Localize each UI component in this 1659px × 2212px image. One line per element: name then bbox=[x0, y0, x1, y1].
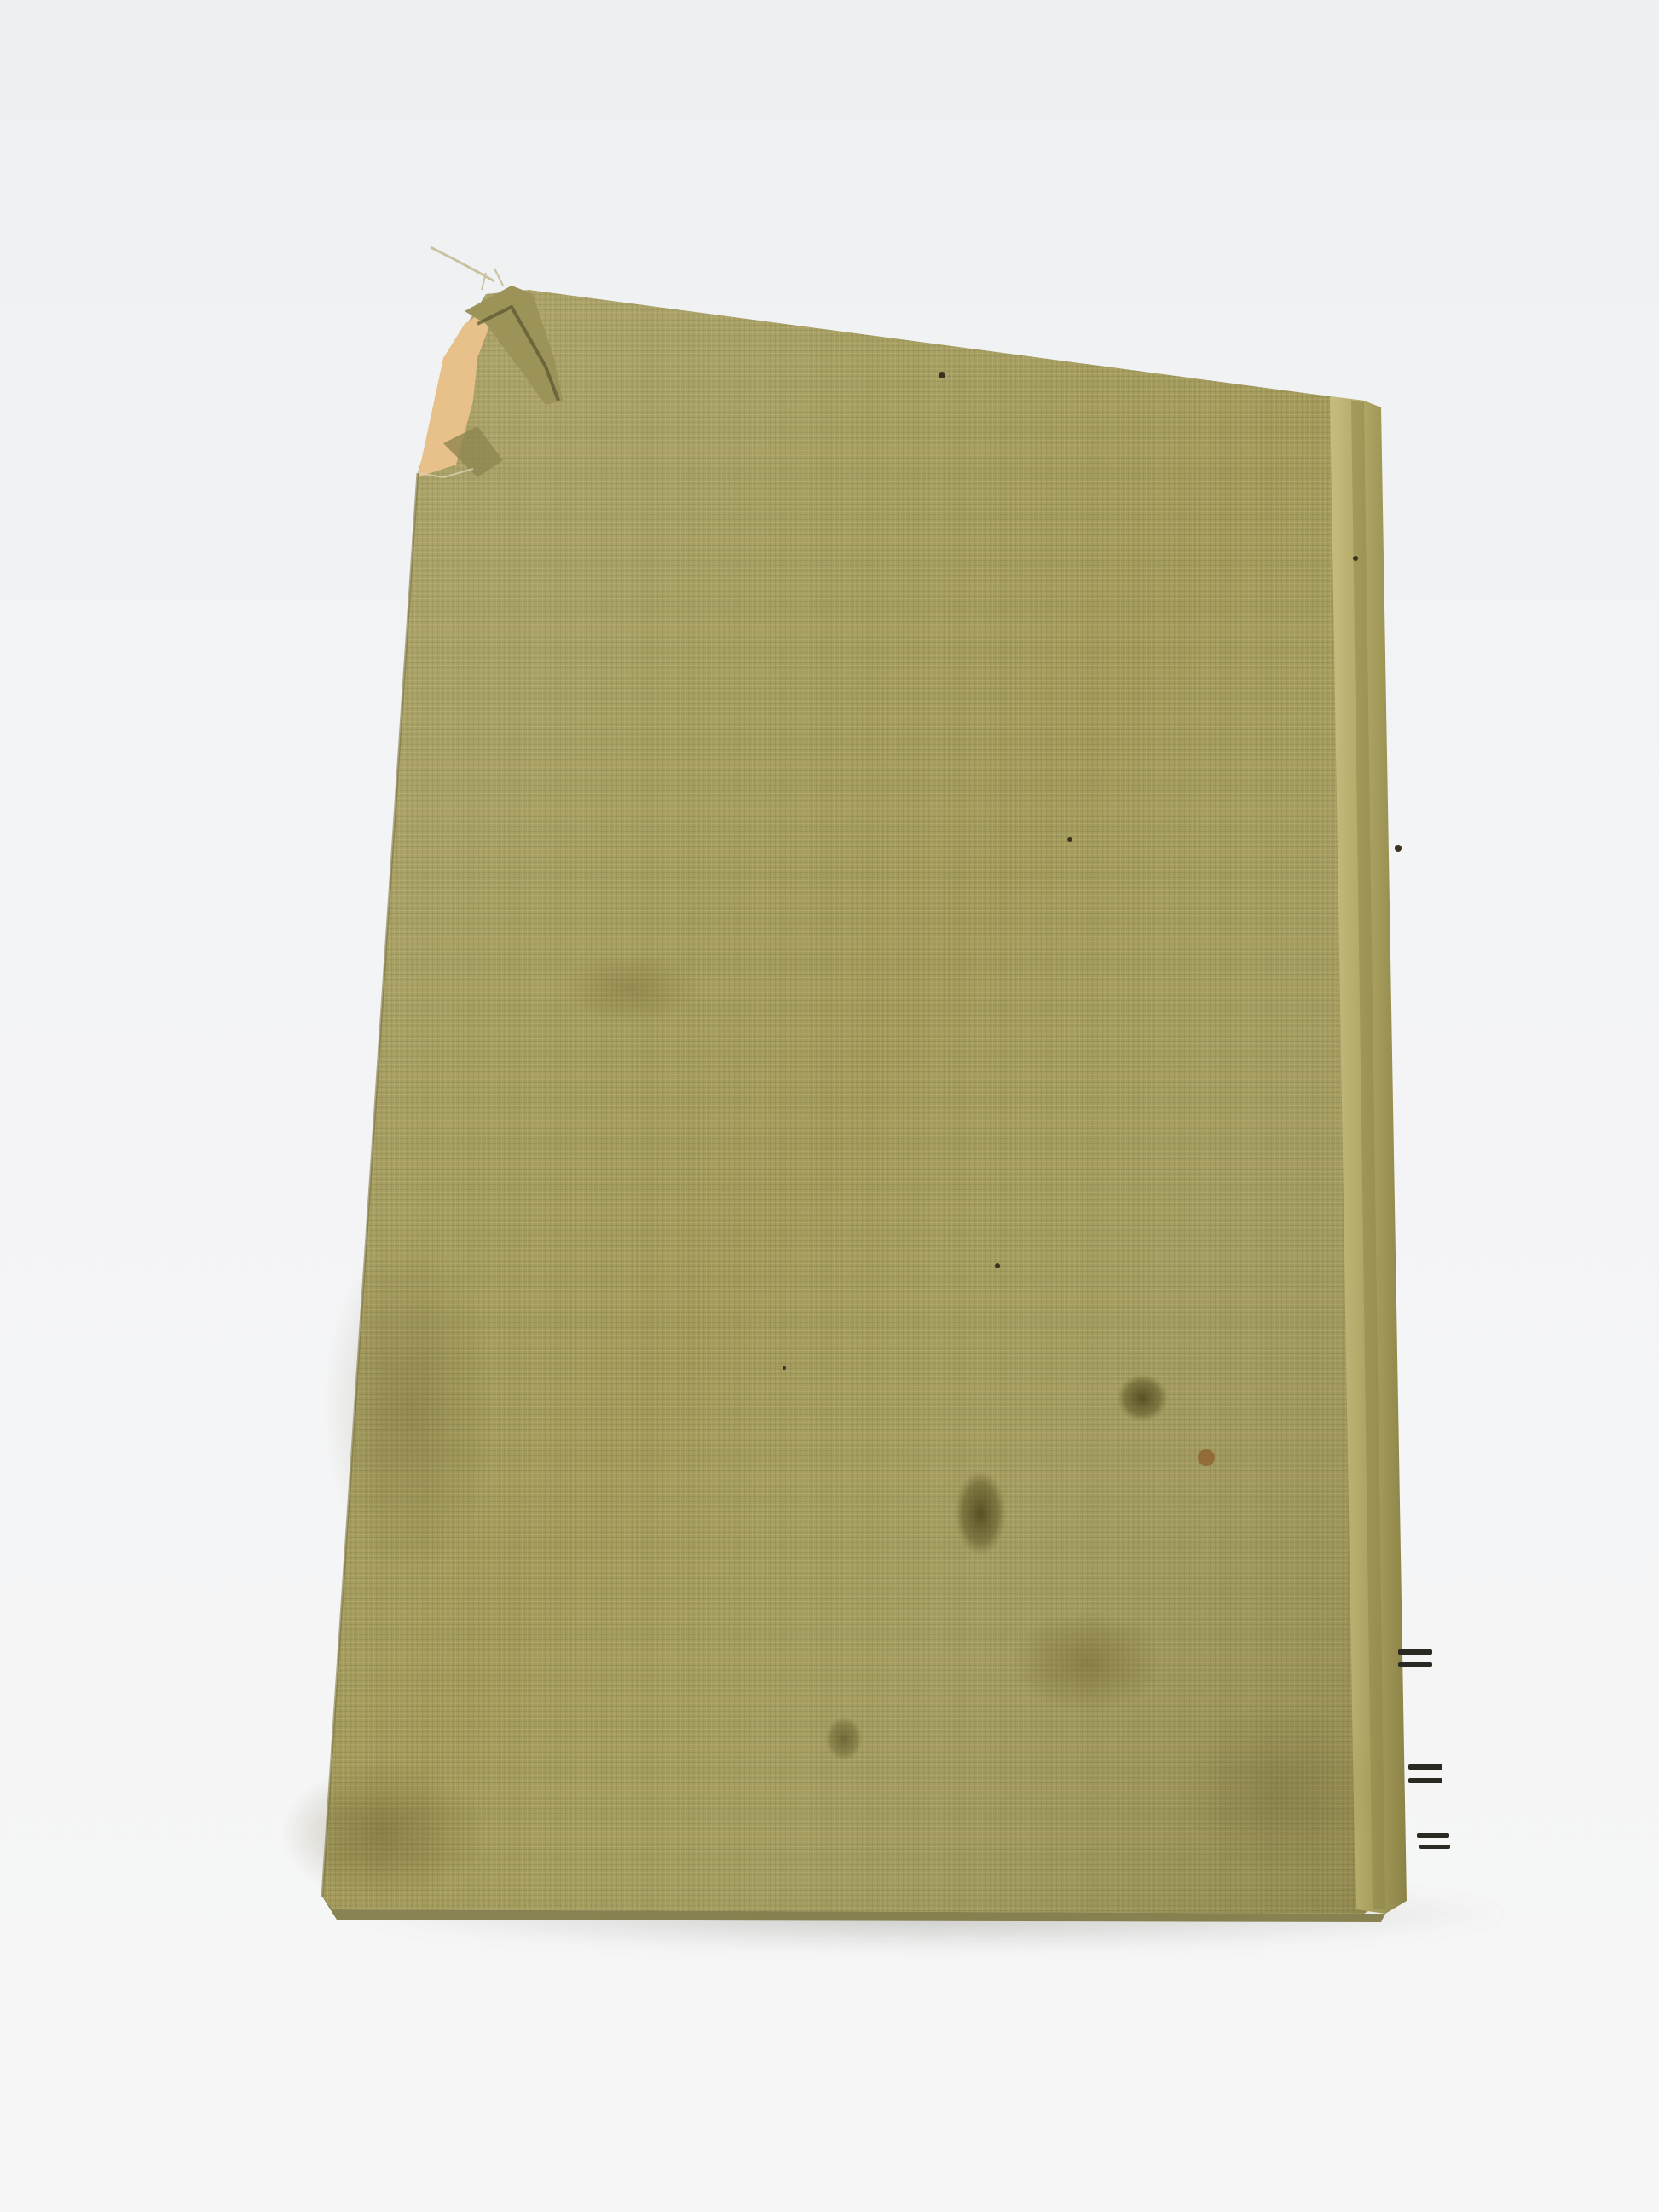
book-cover bbox=[322, 290, 1385, 1914]
book bbox=[0, 0, 1659, 2212]
spine-rule-lines bbox=[1398, 1649, 1450, 1849]
photo-scene: Back cover of an old cloth-bound hardcov… bbox=[0, 0, 1659, 2212]
